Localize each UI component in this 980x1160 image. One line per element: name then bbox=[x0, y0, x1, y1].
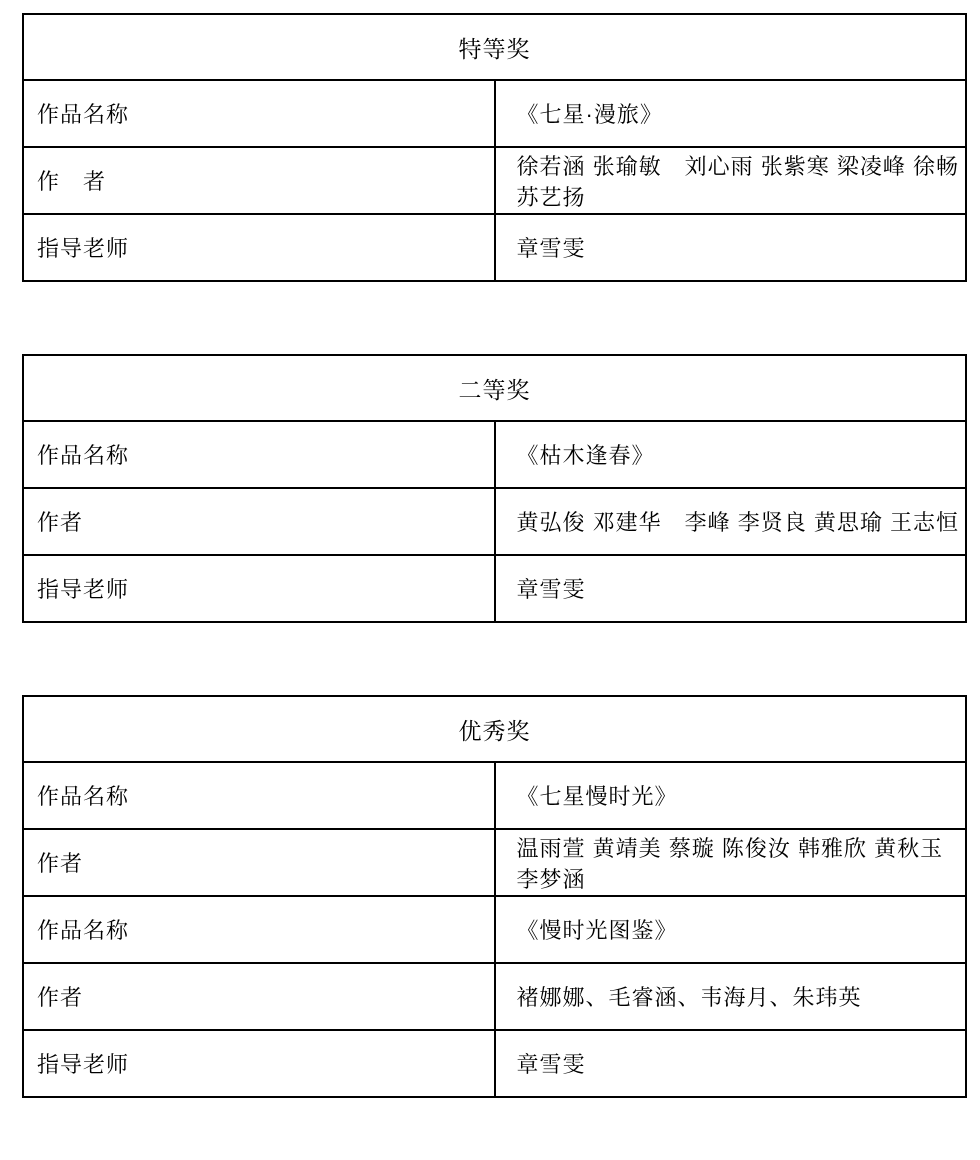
field-label: 作者 bbox=[23, 963, 495, 1030]
table-row: 二等奖 bbox=[23, 355, 966, 421]
field-label: 指导老师 bbox=[23, 1030, 495, 1097]
field-label: 指导老师 bbox=[23, 555, 495, 622]
field-value: 徐若涵 张瑜敏 刘心雨 张紫寒 梁凌峰 徐畅 苏艺扬 bbox=[495, 147, 967, 214]
field-value: 章雪雯 bbox=[495, 555, 967, 622]
field-value: 章雪雯 bbox=[495, 1030, 967, 1097]
table-row: 作品名称 《枯木逢春》 bbox=[23, 421, 966, 488]
field-label: 作品名称 bbox=[23, 80, 495, 147]
award-table-excellence-prize: 优秀奖 作品名称 《七星慢时光》 作者 温雨萱 黄靖美 蔡璇 陈俊汝 韩雅欣 黄… bbox=[22, 695, 967, 1098]
field-label: 作品名称 bbox=[23, 421, 495, 488]
field-value: 褚娜娜、毛睿涵、韦海月、朱玮英 bbox=[495, 963, 967, 1030]
table-row: 作者 褚娜娜、毛睿涵、韦海月、朱玮英 bbox=[23, 963, 966, 1030]
table-row: 作者 黄弘俊 邓建华 李峰 李贤良 黄思瑜 王志恒 bbox=[23, 488, 966, 555]
field-value: 《枯木逢春》 bbox=[495, 421, 967, 488]
field-label: 作 者 bbox=[23, 147, 495, 214]
table-row: 作 者 徐若涵 张瑜敏 刘心雨 张紫寒 梁凌峰 徐畅 苏艺扬 bbox=[23, 147, 966, 214]
field-label: 作品名称 bbox=[23, 762, 495, 829]
award-table-second-prize: 二等奖 作品名称 《枯木逢春》 作者 黄弘俊 邓建华 李峰 李贤良 黄思瑜 王志… bbox=[22, 354, 967, 623]
award-title: 优秀奖 bbox=[23, 696, 966, 762]
field-label: 作者 bbox=[23, 488, 495, 555]
table-row: 作品名称 《七星慢时光》 bbox=[23, 762, 966, 829]
table-row: 优秀奖 bbox=[23, 696, 966, 762]
table-row: 特等奖 bbox=[23, 14, 966, 80]
award-title: 特等奖 bbox=[23, 14, 966, 80]
award-title: 二等奖 bbox=[23, 355, 966, 421]
field-label: 指导老师 bbox=[23, 214, 495, 281]
field-value: 黄弘俊 邓建华 李峰 李贤良 黄思瑜 王志恒 bbox=[495, 488, 967, 555]
award-table-special-prize: 特等奖 作品名称 《七星·漫旅》 作 者 徐若涵 张瑜敏 刘心雨 张紫寒 梁凌峰… bbox=[22, 13, 967, 282]
table-row: 指导老师 章雪雯 bbox=[23, 1030, 966, 1097]
document-page: 特等奖 作品名称 《七星·漫旅》 作 者 徐若涵 张瑜敏 刘心雨 张紫寒 梁凌峰… bbox=[0, 0, 980, 1098]
field-label: 作者 bbox=[23, 829, 495, 896]
table-row: 指导老师 章雪雯 bbox=[23, 214, 966, 281]
field-value: 《七星·漫旅》 bbox=[495, 80, 967, 147]
field-value: 温雨萱 黄靖美 蔡璇 陈俊汝 韩雅欣 黄秋玉 李梦涵 bbox=[495, 829, 967, 896]
table-row: 指导老师 章雪雯 bbox=[23, 555, 966, 622]
table-row: 作品名称 《慢时光图鉴》 bbox=[23, 896, 966, 963]
table-row: 作品名称 《七星·漫旅》 bbox=[23, 80, 966, 147]
table-row: 作者 温雨萱 黄靖美 蔡璇 陈俊汝 韩雅欣 黄秋玉 李梦涵 bbox=[23, 829, 966, 896]
field-value: 章雪雯 bbox=[495, 214, 967, 281]
field-value: 《七星慢时光》 bbox=[495, 762, 967, 829]
field-label: 作品名称 bbox=[23, 896, 495, 963]
field-value: 《慢时光图鉴》 bbox=[495, 896, 967, 963]
